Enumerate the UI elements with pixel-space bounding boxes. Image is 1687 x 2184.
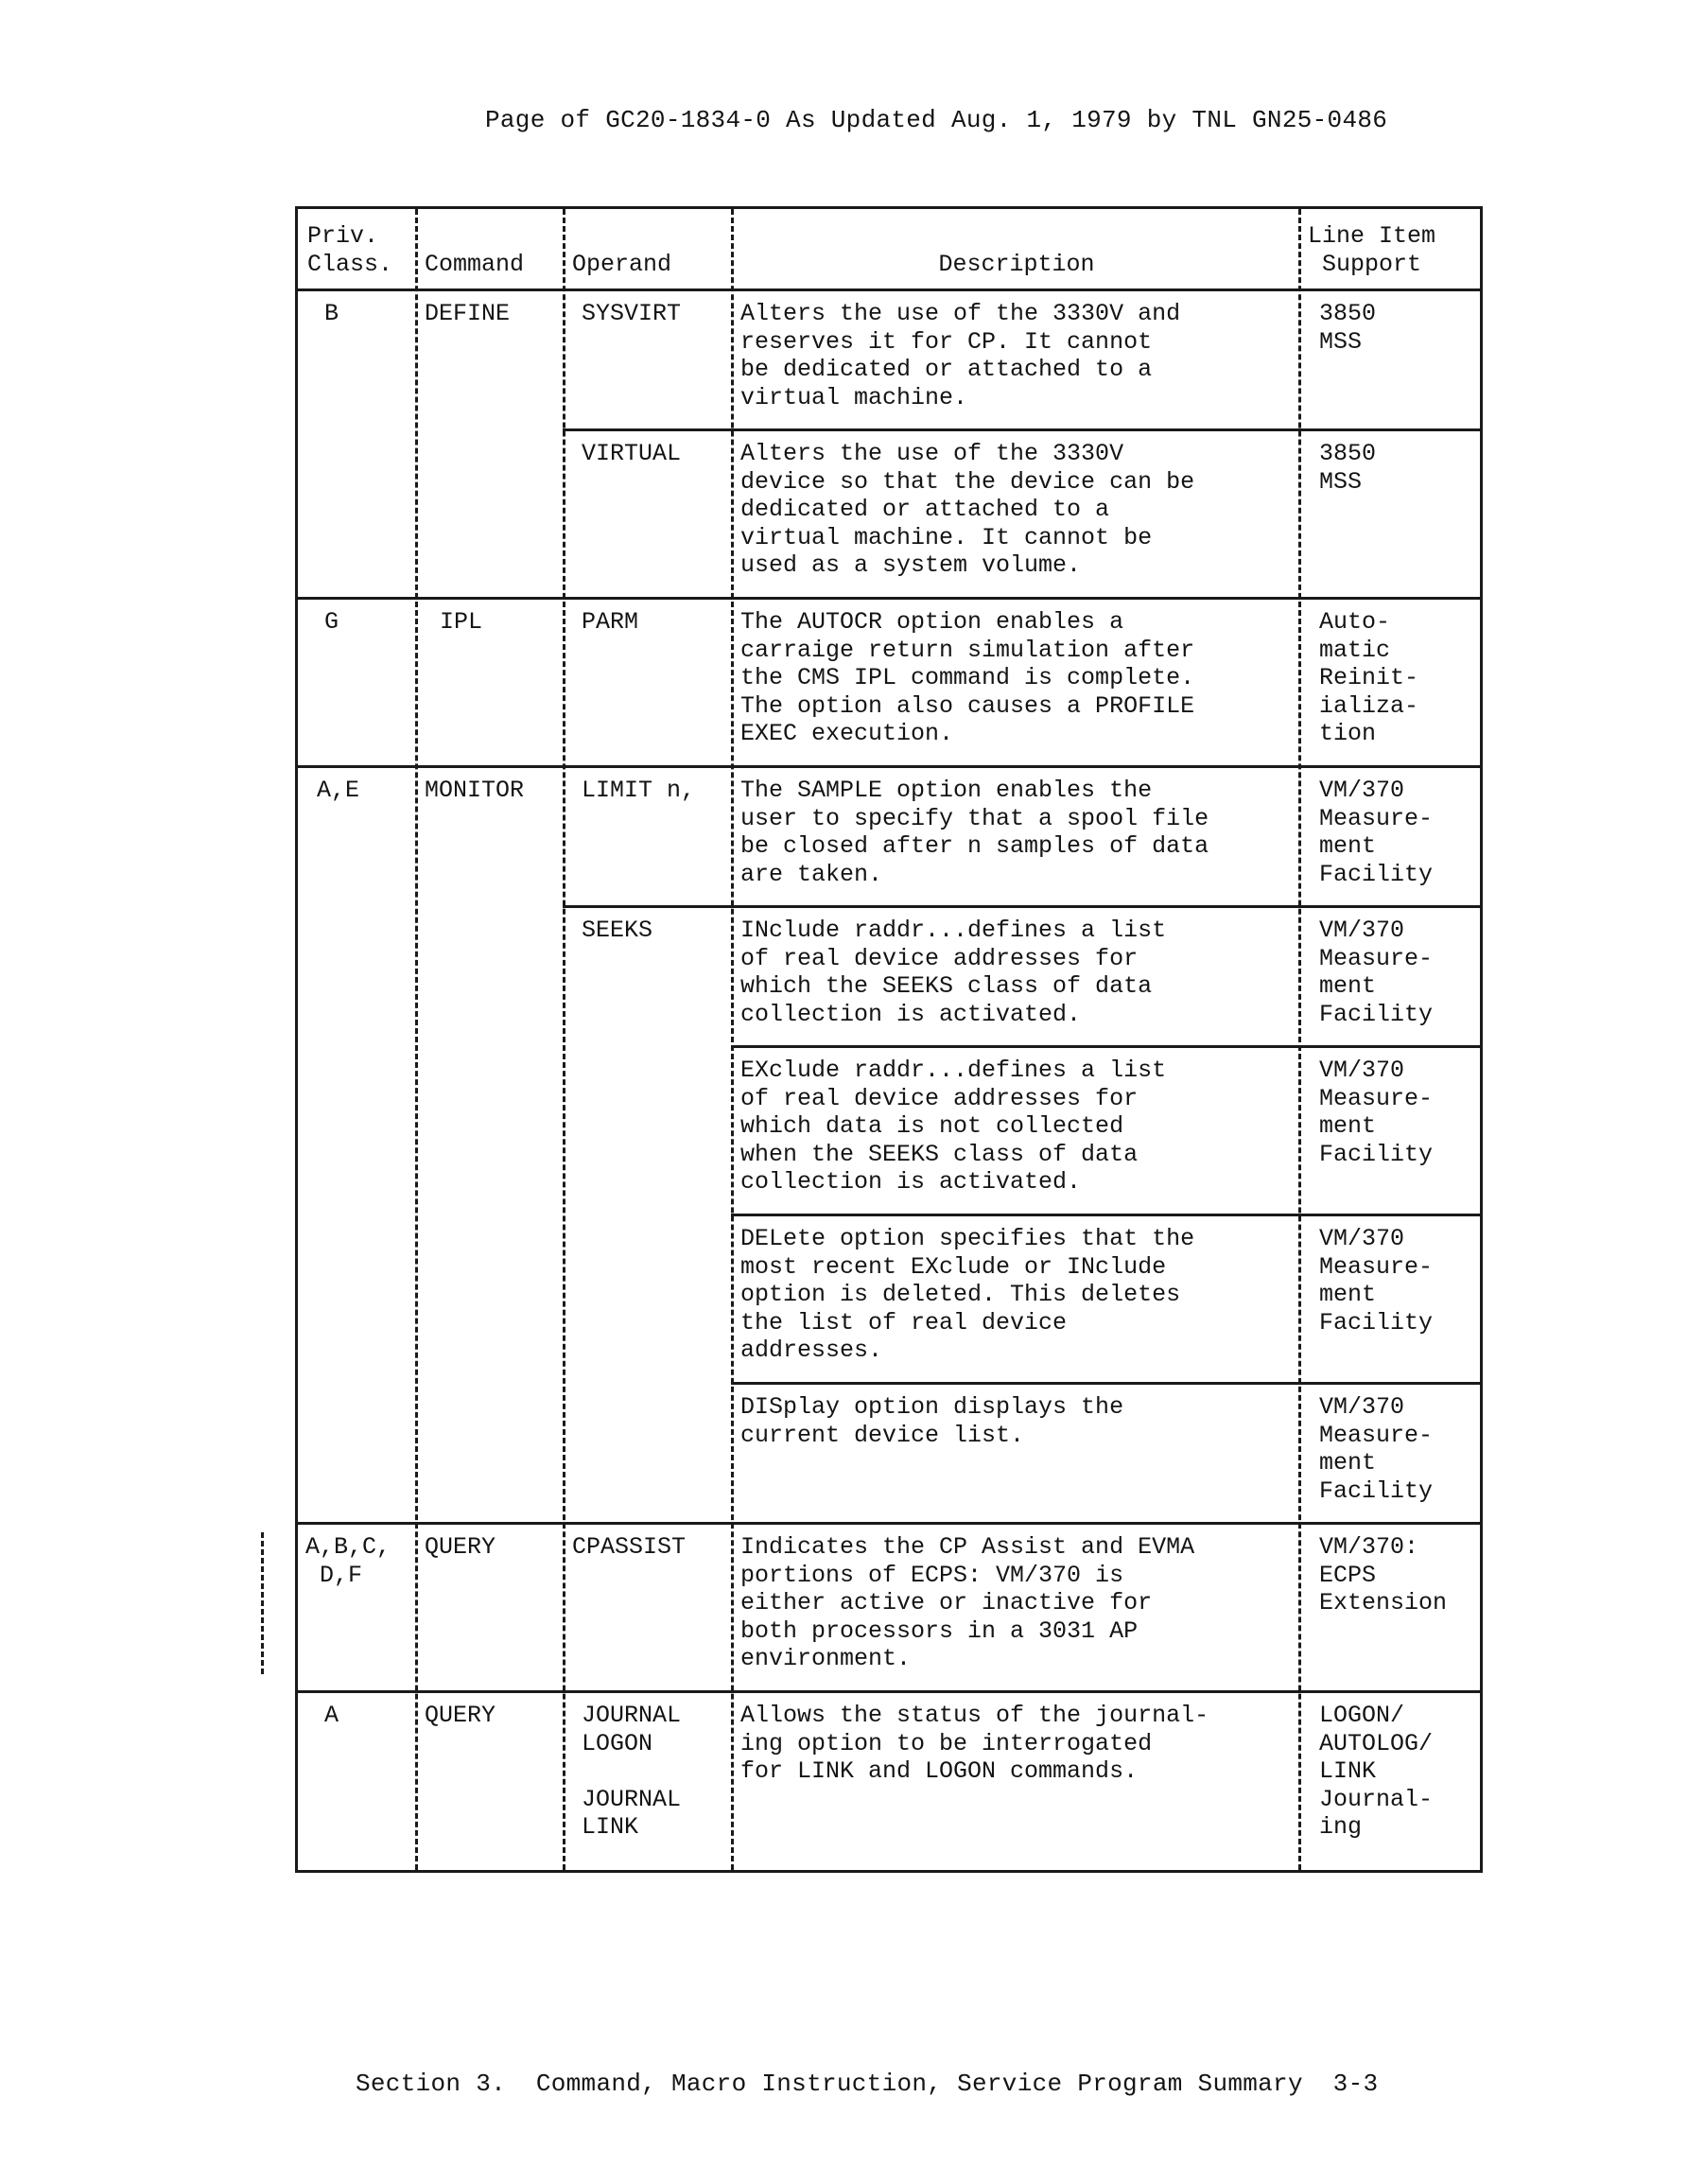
page-footer: Section 3. Command, Macro Instruction, S… <box>356 2070 1378 2098</box>
column-divider <box>1298 209 1301 1870</box>
operand-cell: SYSVIRT <box>582 300 681 328</box>
priv-class-cell: A,E <box>317 777 359 805</box>
operand-cell: VIRTUAL <box>582 440 681 468</box>
description-cell: Alters the use of the 3330V and reserves… <box>740 300 1180 411</box>
support-cell: LOGON/ AUTOLOG/ LINK Journal- ing <box>1319 1702 1433 1842</box>
description-cell: Allows the status of the journal- ing op… <box>740 1702 1209 1786</box>
description-cell: INclude raddr...defines a list of real d… <box>740 917 1166 1028</box>
column-divider <box>563 209 565 1870</box>
description-cell: Indicates the CP Assist and EVMA portion… <box>740 1533 1194 1673</box>
support-cell: VM/370: ECPS Extension <box>1319 1533 1447 1617</box>
description-cell: Alters the use of the 3330V device so th… <box>740 440 1194 580</box>
support-cell: VM/370 Measure- ment Facility <box>1319 1393 1433 1505</box>
command-cell: QUERY <box>425 1533 496 1562</box>
priv-class-cell: G <box>324 608 339 637</box>
command-cell: MONITOR <box>425 777 524 805</box>
operand-cell: SEEKS <box>582 917 652 945</box>
priv-class-cell: A,B,C, D,F <box>305 1533 391 1589</box>
header-operand: Operand <box>572 222 671 278</box>
revision-change-bar <box>261 1532 264 1674</box>
entry-divider <box>731 1382 1480 1385</box>
support-cell: VM/370 Measure- ment Facility <box>1319 1057 1433 1168</box>
header-priv-class: Priv. Class. <box>307 222 392 278</box>
header-divider <box>298 288 1480 291</box>
support-cell: VM/370 Measure- ment Facility <box>1319 917 1433 1028</box>
header-description: Description <box>742 222 1291 278</box>
description-cell: The AUTOCR option enables a carraige ret… <box>740 608 1194 748</box>
priv-class-cell: A <box>324 1702 339 1730</box>
support-cell: 3850 MSS <box>1319 440 1376 496</box>
command-cell: IPL <box>440 608 482 637</box>
page-header: Page of GC20-1834-0 As Updated Aug. 1, 1… <box>485 106 1387 134</box>
operand-cell: JOURNAL LOGON JOURNAL LINK <box>582 1702 681 1842</box>
support-cell: VM/370 Measure- ment Facility <box>1319 777 1433 888</box>
row-divider <box>298 1522 1480 1525</box>
entry-divider <box>563 428 1480 431</box>
row-divider <box>298 765 1480 768</box>
column-divider <box>415 209 418 1870</box>
description-cell: DELete option specifies that the most re… <box>740 1225 1194 1365</box>
entry-divider <box>731 1045 1480 1048</box>
priv-class-cell: B <box>324 300 339 328</box>
row-divider <box>298 1690 1480 1693</box>
column-divider <box>731 209 734 1870</box>
support-cell: Auto- matic Reinit- ializa- tion <box>1319 608 1418 748</box>
header-command: Command <box>425 222 524 278</box>
support-cell: VM/370 Measure- ment Facility <box>1319 1225 1433 1337</box>
description-cell: The SAMPLE option enables the user to sp… <box>740 777 1209 888</box>
command-cell: QUERY <box>425 1702 496 1730</box>
operand-cell: CPASSIST <box>572 1533 686 1562</box>
description-cell: EXclude raddr...defines a list of real d… <box>740 1057 1166 1197</box>
entry-divider <box>731 1214 1480 1216</box>
row-divider <box>298 597 1480 600</box>
description-cell: DISplay option displays the current devi… <box>740 1393 1123 1449</box>
operand-cell: PARM <box>582 608 638 637</box>
command-summary-table: Priv. Class. Command Operand Description… <box>295 206 1483 1873</box>
header-line-item-support: Line Item Support <box>1308 222 1435 278</box>
command-cell: DEFINE <box>425 300 510 328</box>
support-cell: 3850 MSS <box>1319 300 1376 356</box>
operand-cell: LIMIT n, <box>582 777 695 805</box>
entry-divider <box>563 905 1480 908</box>
